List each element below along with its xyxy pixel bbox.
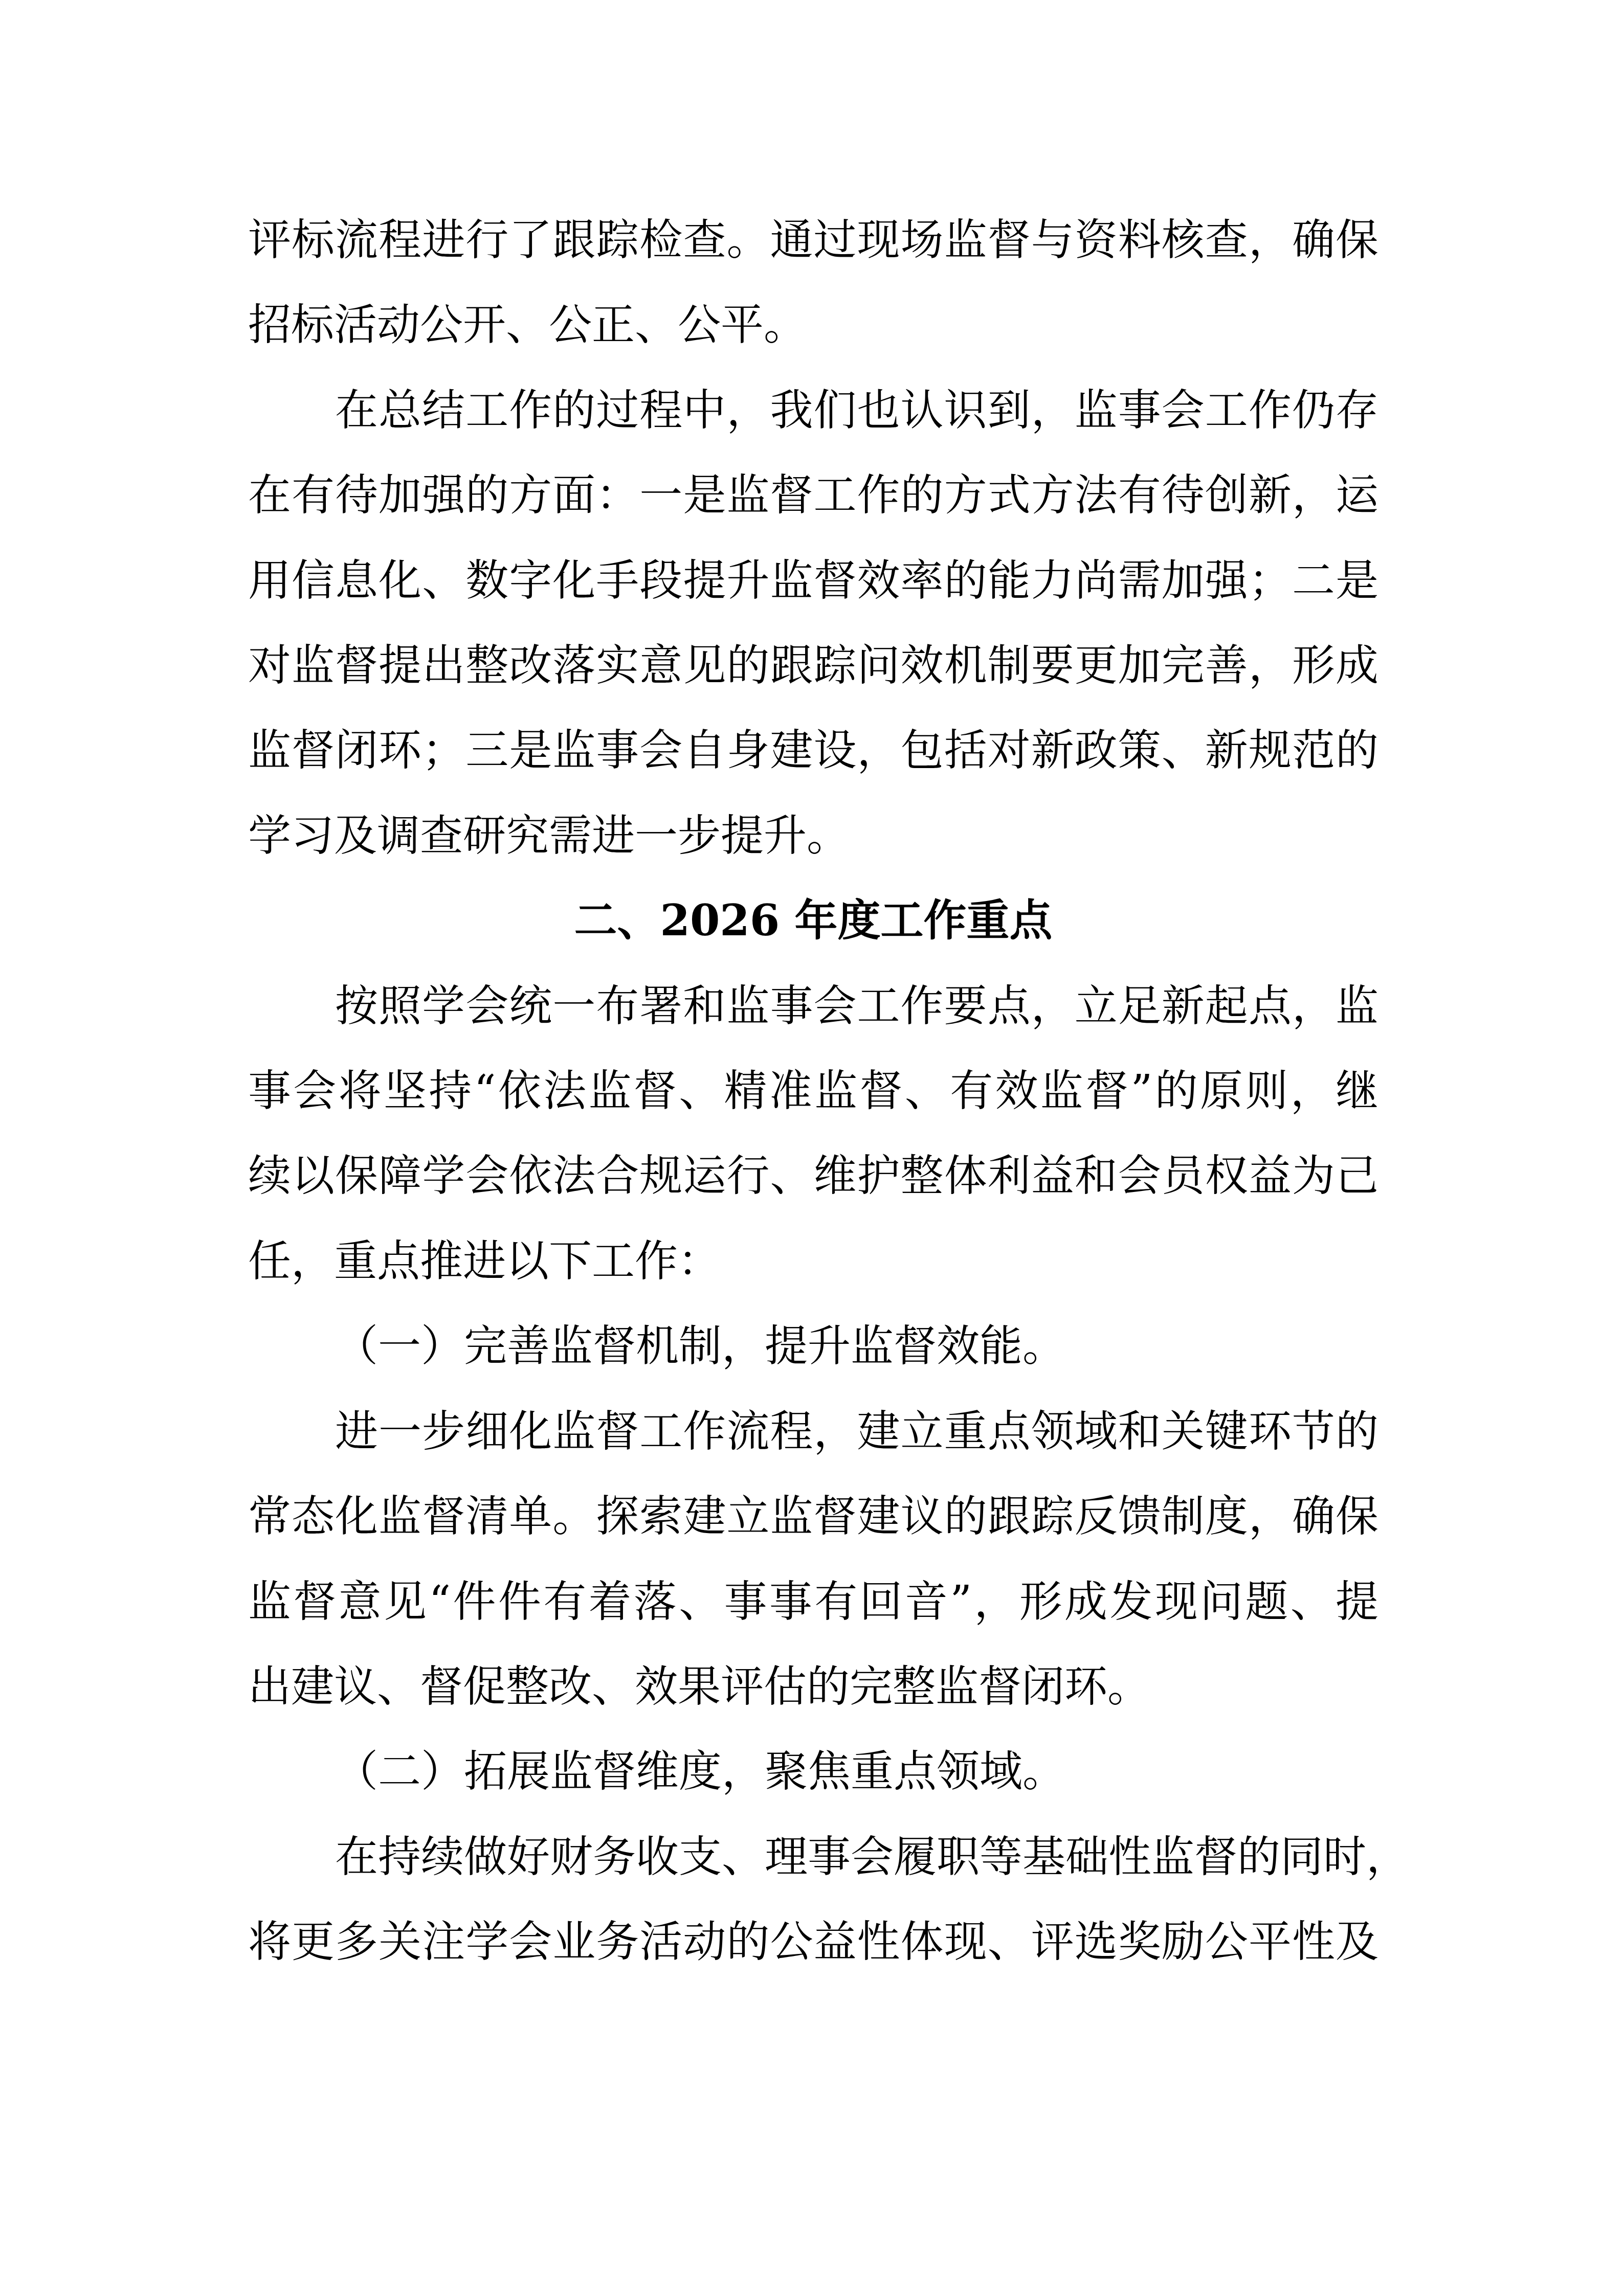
paragraph-priorities-intro: 按照学会统一布署和监事会工作要点，立足新起点，监 事会将坚持“依法监督、精准监督…	[248, 963, 1378, 1304]
text-line: 对监督提出整改落实意见的跟踪问效机制要更加完善，形成	[248, 623, 1378, 708]
text-line: 监督闭环；三是监事会自身建设，包括对新政策、新规范的	[248, 708, 1378, 793]
text-line: 学习及调查研究需进一步提升。	[248, 793, 1378, 878]
text-line: 评标流程进行了跟踪检查。通过现场监督与资料核查，确保	[248, 197, 1378, 282]
text-line: 进一步细化监督工作流程，建立重点领域和关键环节的	[248, 1389, 1378, 1474]
paragraph-key-areas: 在持续做好财务收支、理事会履职等基础性监督的同时， 将更多关注学会业务活动的公益…	[248, 1814, 1378, 1985]
subheading-expand-supervision-dimensions: （二）拓展监督维度，聚焦重点领域。	[248, 1729, 1378, 1814]
text-line: 在持续做好财务收支、理事会履职等基础性监督的同时，	[248, 1814, 1378, 1899]
text-line: 在有待加强的方面：一是监督工作的方式方法有待创新，运	[248, 453, 1378, 537]
text-line: 续以保障学会依法合规运行、维护整体利益和会员权益为己	[248, 1133, 1378, 1218]
subheading-text: （二）拓展监督维度，聚焦重点领域。	[248, 1729, 1378, 1814]
document-page: 评标流程进行了跟踪检查。通过现场监督与资料核查，确保 招标活动公开、公正、公平。…	[0, 0, 1624, 2296]
text-line: 事会将坚持“依法监督、精准监督、有效监督”的原则，继	[248, 1048, 1378, 1133]
paragraph-supervision-workflow: 进一步细化监督工作流程，建立重点领域和关键环节的 常态化监督清单。探索建立监督建…	[248, 1389, 1378, 1729]
text-line: 用信息化、数字化手段提升监督效率的能力尚需加强；二是	[248, 538, 1378, 623]
section-heading-2026-work-priorities: 二、2026 年度工作重点	[248, 878, 1378, 963]
document-body: 评标流程进行了跟踪检查。通过现场监督与资料核查，确保 招标活动公开、公正、公平。…	[248, 197, 1378, 1985]
text-line: 招标活动公开、公正、公平。	[248, 282, 1378, 367]
text-line: 任，重点推进以下工作：	[248, 1219, 1378, 1303]
paragraph-continued-bid-evaluation: 评标流程进行了跟踪检查。通过现场监督与资料核查，确保 招标活动公开、公正、公平。	[248, 197, 1378, 368]
text-line: 在总结工作的过程中，我们也认识到，监事会工作仍存	[248, 368, 1378, 453]
heading-text: 二、2026 年度工作重点	[248, 878, 1378, 963]
text-line: 出建议、督促整改、效果评估的完整监督闭环。	[248, 1644, 1378, 1729]
subheading-text: （一）完善监督机制，提升监督效能。	[248, 1303, 1378, 1388]
text-line: 监督意见“件件有着落、事事有回音”，形成发现问题、提	[248, 1559, 1378, 1644]
text-line: 常态化监督清单。探索建立监督建议的跟踪反馈制度，确保	[248, 1474, 1378, 1559]
text-line: 按照学会统一布署和监事会工作要点，立足新起点，监	[248, 963, 1378, 1048]
text-line: 将更多关注学会业务活动的公益性体现、评选奖励公平性及	[248, 1899, 1378, 1984]
subheading-improve-supervision-mechanism: （一）完善监督机制，提升监督效能。	[248, 1303, 1378, 1388]
paragraph-shortcomings: 在总结工作的过程中，我们也认识到，监事会工作仍存 在有待加强的方面：一是监督工作…	[248, 368, 1378, 878]
